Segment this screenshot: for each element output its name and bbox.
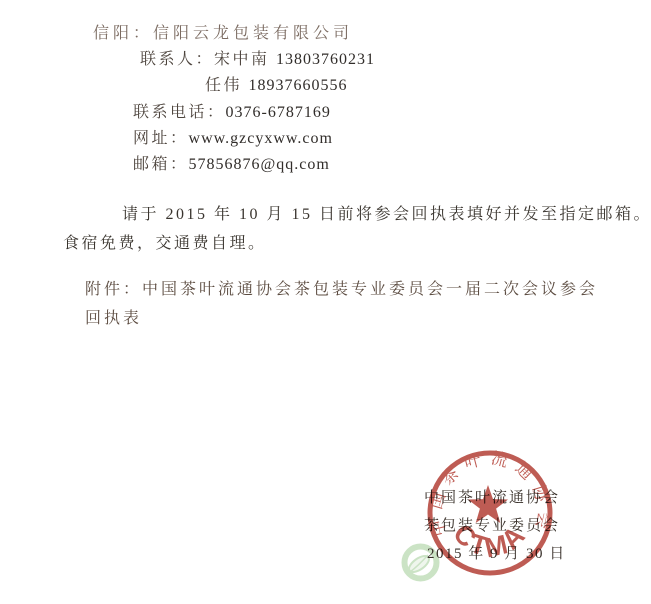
notice-paragraph-line2: 食宿免费，交通费自理。 [63, 230, 267, 253]
contact-email-label: 邮箱： [133, 156, 189, 173]
contact-email-value: 57856876@qq.com [189, 156, 330, 173]
contact-phone-value: 0376-6787169 [226, 104, 331, 121]
attachment-line1: 附件：中国茶叶流通协会茶包装专业委员会一届二次会议参会 [85, 276, 598, 299]
contact-website-value: www.gzcyxww.com [189, 130, 333, 147]
contact-phone-line: 联系电话：0376-6787169 [133, 99, 331, 122]
contact-phone-label: 联系电话： [133, 104, 226, 121]
notice-paragraph-line1: 请于 2015 年 10 月 15 日前将参会回执表填好并发至指定邮箱。 [122, 201, 651, 224]
contact-person2-phone: 18937660556 [249, 77, 348, 94]
attachment-line2: 回执表 [85, 305, 142, 328]
contact-email-line: 邮箱：57856876@qq.com [133, 151, 330, 174]
contact-person1-phone: 13803760231 [276, 51, 375, 68]
contact-person2-name: 任伟 [205, 77, 242, 94]
seal-acronym-text: CTMA [447, 518, 532, 563]
contact-person-line: 联系人：宋中南 13803760231 [140, 46, 375, 69]
scanned-notice-page: { "document": { "background": "#ffffff",… [0, 0, 651, 604]
contact-location-line: 信阳：信阳云龙包装有限公司 [93, 20, 353, 43]
contact-person1-name: 宋中南 [214, 51, 270, 68]
contact-person-label: 联系人： [140, 51, 214, 68]
seal-star-icon [468, 485, 508, 523]
association-seal: 中国茶叶流通协会 CTMA [420, 443, 560, 583]
contact-website-label: 网址： [133, 130, 189, 147]
contact-person2-line: 任伟 18937660556 [205, 72, 348, 95]
contact-website-line: 网址：www.gzcyxww.com [133, 125, 333, 148]
